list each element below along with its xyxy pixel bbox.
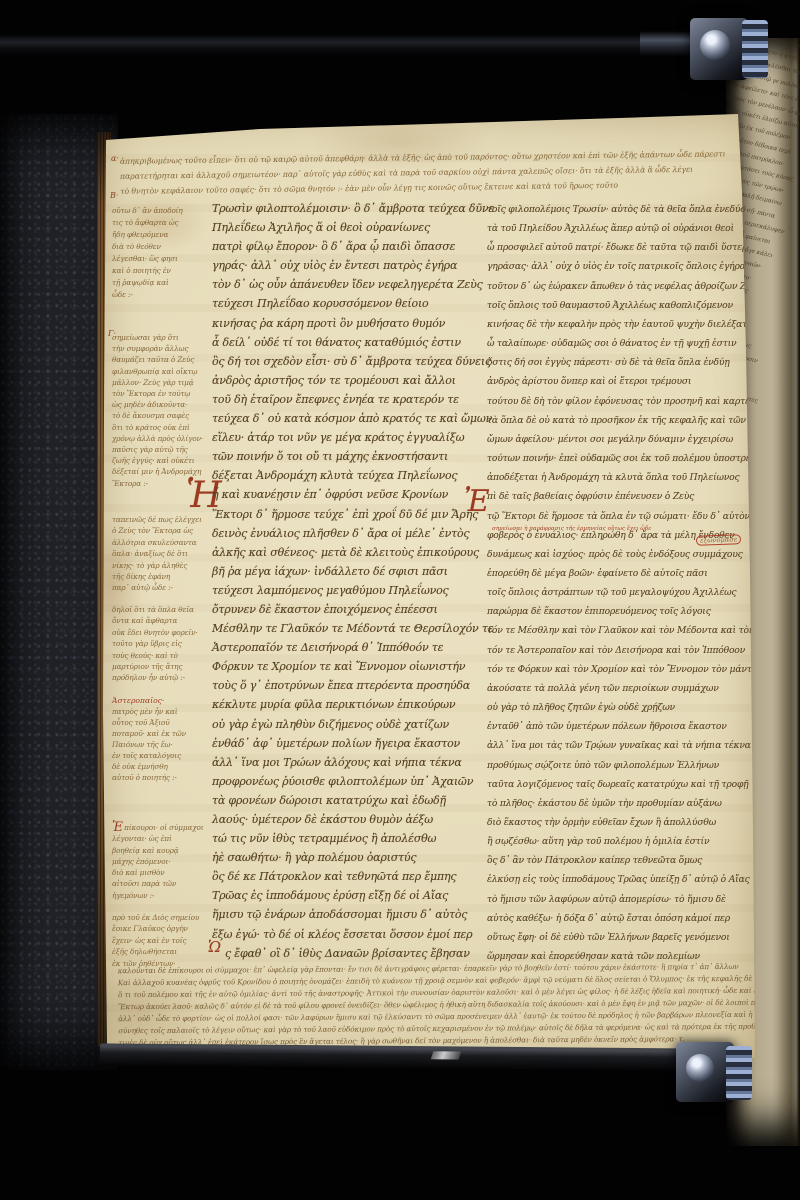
paraphrase-column: τοῖς φιλοπολέμοις Τρωσίν· αὐτὸς δὲ τὰ θε… [487, 200, 745, 966]
text-line: τὴν συμφορὰν ἄλλως [112, 343, 208, 354]
text-line: ἀλκῆς καὶ σθένεος· μετὰ δὲ κλειτοὺς ἐπικ… [212, 543, 466, 562]
margin-scholion-asteropaios: Ἀστεροπαῖος· πατρὸς μὲν ἦν καὶοὗτος τοῦ … [112, 695, 208, 783]
text-line: ἀκούσατε τὰ πολλὰ γένη τῶν περιοίκων συμ… [487, 679, 745, 698]
text-line: ἐνθάδ᾽ ἀφ᾽ ὑμετέρων πολίων ἤγειρα ἕκαστο… [212, 734, 466, 753]
text-line: ἠὲ σαωθήτω· ἣ γὰρ πολέμου ὀαριστύς [212, 848, 466, 867]
text-line: διὸ καὶ μισθὸν [112, 867, 208, 878]
text-line: δὲ οὐκ ἐμνήσθη [112, 761, 208, 772]
text-line: ὡς μηδὲν ἀδικοῦντα· [112, 399, 208, 410]
text-line: τις τὸ ἄφθαρτα ὡς [112, 217, 208, 229]
text-line: ὧδε :- [112, 289, 208, 301]
text-line: ἑλκύσῃ εἰς τοὺς ἱπποδάμους Τρῶας ὑπείξῃ … [487, 870, 745, 889]
bottom-scholia: καλοῦνται δὲ ἐπίκουροι οἱ σύμμαχοι· ἐπ᾽ … [118, 961, 753, 1049]
text-line: παρ᾽ αὐτῷ ὧδε :- [112, 582, 208, 593]
text-line: ἦ καὶ κυανέῃσιν ἐπ᾽ ὀφρύσι νεῦσε Κρονίων [212, 485, 466, 504]
text-line: διὸ ἕκαστος τὴν ὁρμὴν εὐθεῖαν ἔχων ἢ ἀπο… [487, 813, 745, 832]
text-line: τοῦτο γὰρ ὕβρις εἰς [112, 638, 208, 649]
text-line: βῆ ῥα μέγα ἰάχων· ἰνδάλλετο δέ σφισι πᾶσ… [212, 562, 466, 581]
text-line: ἐν τοῖς καταλόγοις [112, 750, 208, 761]
text-line: δεινὸς ἐνυάλιος πλῆσθεν δ᾽ ἄρα οἱ μέλε᾽ … [212, 524, 466, 543]
text-line: ὁ Ζεὺς τὸν Ἕκτορα ὡς [112, 525, 208, 536]
text-line: ἐνταῦθ᾽ ἀπὸ τῶν ὑμετέρων πόλεων ἤθροισα … [487, 717, 745, 736]
text-line: τοῖς φιλοπολέμοις Τρωσίν· αὐτὸς δὲ τὰ θε… [487, 200, 745, 219]
text-line: τόν τε Μέσθλην καὶ τὸν Γλαῦκον καὶ τὸν Μ… [487, 621, 745, 640]
text-line: παρώρμα δὲ ἕκαστον ἐπιπορευόμενος τοῖς λ… [487, 602, 745, 621]
text-line: ἢ σῳζέσθω· αὕτη γὰρ τοῦ πολέμου ἡ ὁμιλία… [487, 832, 745, 851]
margin-scholion-4: δηλοῖ ὅτι τὰ ὅπλα θεῖαὄντα καὶ ἄφθαρταοὐ… [112, 604, 208, 684]
text-line: τῷ Ἕκτορι δὲ ἥρμοσε τὰ ὅπλα ἐν τῷ σώματι… [487, 507, 745, 526]
margin-scholion-3: ταπεινῶς δέ πως ἐλέγχειὁ Ζεὺς τὸν Ἕκτορα… [112, 514, 208, 594]
text-line: ζωῆς ἐγγύς· καὶ οὐκέτι [112, 455, 208, 466]
text-line: ὃς δή τοι σχεδὸν εἶσι· σὺ δ᾽ ἄμβροτα τεύ… [212, 352, 466, 371]
text-line: εἵλευ· ἀτάρ τοι νῦν γε μέγα κράτος ἐγγυα… [212, 428, 466, 447]
text-line: Φόρκυν τε Χρομίον τε καὶ Ἔννομον οἰωνιστ… [212, 657, 466, 676]
text-line: ἀλλ᾽ ἵνα μοι τὰς τῶν Τρῴων γυναῖκας καὶ … [487, 736, 745, 755]
text-line: μάχης ἑπόμενοι· [112, 856, 208, 867]
margin-scholion-7: πρὸ τοῦ ἐκ Διὸς σημείουἔοικε Γλαῦκος ὀργ… [112, 912, 208, 969]
clamp-knob [700, 30, 730, 60]
text-line: Παιόνων τῆς ἕω· [112, 739, 208, 750]
text-line: ς ἔφαθ᾽ οἳ δ᾽ ἰθὺς Δαναῶν βρίσαντες ἔβησ… [212, 944, 466, 963]
verse-column: Τρωσὶν φιλοπτολέμοισιν· ὃ δ᾽ ἄμβροτα τεύ… [212, 199, 466, 963]
text-line: πρόδηλον ἦν αὐτῷ :- [112, 672, 208, 683]
text-line: πατρὸς μὲν ἦν καὶ [112, 706, 208, 717]
text-line: οὐ γὰρ τὸ πλῆθος ζητῶν ἐγὼ οὐδὲ χρῄζων [487, 698, 745, 717]
text-line: τὸ δὲ ἄκουσμα σαφὲς [112, 410, 208, 421]
margin-scholion-6-text: πίκουροι· οἱ σύμμαχοιλέγονται· ὡς ἐπὶβοη… [112, 822, 208, 901]
text-line: προθύμως σῴζοιτε ὑπὸ τῶν φιλοπολέμων Ἑλλ… [487, 756, 745, 775]
cradle-bar-top [0, 34, 700, 56]
text-line: Πηλεΐδεω Ἀχιλῆος ἅ οἱ θεοὶ οὐρανίωνες [212, 218, 466, 237]
margin-scholion-epikouroi: Ἐ πίκουροι· οἱ σύμμαχοιλέγονται· ὡς ἐπὶβ… [112, 822, 208, 901]
text-line: δέξεται Ἀνδρομάχη κλυτὰ τεύχεα Πηλεΐωνος [212, 466, 466, 485]
text-line: οὐκ ἔδει θνητὸν φορεῖν· [112, 627, 208, 638]
text-line: τὸν δ᾽ ὡς οὖν ἀπάνευθεν ἴδεν νεφεληγερέτ… [212, 275, 466, 294]
text-line: διὰ τὸ θεόθεν [112, 241, 208, 253]
clamp-hinge-ribs [726, 1046, 752, 1100]
text-line: μαρτύριον τῆς ἄτης [112, 661, 208, 672]
margin-scholion-5-text: πατρὸς μὲν ἦν καὶοὗτος τοῦ Ἀξιοῦποταμοῦ·… [112, 706, 208, 783]
text-line: τοὺς θεούς· καὶ τὸ [112, 650, 208, 661]
text-line: τὸ πλῆθος· ἑκάστου δὲ ὑμῶν τὴν προθυμίαν… [487, 794, 745, 813]
text-line: βοηθείᾳ καὶ κουρᾷ [112, 845, 208, 856]
text-line: οὕτω δ᾽ ἂν ἀποδοίη [112, 205, 208, 217]
text-line: ἥμισυ τῷ ἐνάρων ἀποδάσσομαι ἥμισυ δ᾽ αὐτ… [212, 905, 466, 924]
margin-label-beta: Β· [110, 191, 118, 200]
text-line: τοῖς ὅπλοις τοῦ θαυμαστοῦ Ἀχιλλέως καθοπ… [487, 296, 745, 315]
text-line: τόν τε Φόρκυν καὶ τὸν Χρομίον καὶ τὸν Ἔν… [487, 660, 745, 679]
text-line: ἤδη φθειρόμενα [112, 229, 208, 241]
text-line: λέγονται· ὡς ἐπὶ [112, 833, 208, 844]
top-scholia: ἀπηκριβωμένως τοῦτο εἶπεν· ὅτι οὐ τῷ και… [120, 146, 746, 199]
photographed-manuscript-scene: δούρατα ἀνατείναντες ὁμόσε πάντεςπᾶσι γὰ… [0, 0, 800, 1200]
text-line: τούτων ποινήν· ἐπεὶ οὐδαμῶς σοι ἐκ τοῦ π… [487, 449, 745, 468]
text-line: τόν τε Ἀστεροπαῖον καὶ τὸν Δεισήνορα καὶ… [487, 641, 745, 660]
text-line: ὃς δέ κε Πάτροκλον καὶ τεθνηῶτά περ ἔμπη… [212, 867, 466, 886]
text-line: τεύχεσι λαμπόμενος μεγαθύμου Πηλεΐωνος [212, 581, 466, 600]
text-line: ὦ ταλαίπωρε· οὐδαμῶς σοι ὁ θάνατος ἐν τῇ… [487, 334, 745, 353]
text-line: Τρῶας ἐς ἱπποδάμους ἐρύσῃ εἴξῃ δέ οἱ Αἴα… [212, 886, 466, 905]
text-line: λαούς· ὑμέτερον δὲ ἑκάστου θυμὸν ἀέξω [212, 810, 466, 829]
text-line: πατρὶ φίλῳ ἔπορον· ὃ δ᾽ ἄρα ᾧ παιδὶ ὄπασ… [212, 237, 466, 256]
text-line: τῆς δίκης ἐφάνη [112, 571, 208, 582]
text-line: πίκουροι· οἱ σύμμαχοι [112, 822, 208, 833]
text-line: αὐτὸς καθέξω· ἡ δόξα δ᾽ αὐτῷ ἔσται ὁπόση… [487, 909, 745, 928]
text-line: ὅτι τὸ κράτος οὐκ ἐπὶ [112, 422, 208, 433]
text-line: ὄντα καὶ ἄφθαρτα [112, 615, 208, 626]
text-line: ποταμοῦ· καὶ ἐκ τῶν [112, 728, 208, 739]
text-line: αὐτοῦ ὁ ποιητής :- [112, 772, 208, 783]
text-line: μᾶλλον· Ζεὺς γὰρ τιμᾷ [112, 377, 208, 388]
text-line: τοὺς ὅ γ᾽ ἐποτρύνων ἔπεα πτερόεντα προση… [212, 676, 466, 695]
text-line: καὶ ὁ ποιητὴς ἐν [112, 265, 208, 277]
text-line: τὰ φρονέων δώροισι κατατρύχω καὶ ἐδωδῇ [212, 791, 466, 810]
text-line: τοῖς ὅπλοις ἀστράπτων τῷ τοῦ μεγαλοψύχου… [487, 583, 745, 602]
text-line: τὸ ἥμισυ τῶν λαφύρων αὐτῷ ἀπομερίσω· τὸ … [487, 890, 745, 909]
clamp-hinge-ribs [742, 20, 768, 78]
text-line: Τρωσὶν φιλοπτολέμοισιν· ὃ δ᾽ ἄμβροτα τεύ… [212, 199, 466, 218]
text-line: κέκλυτε μυρία φῦλα περικτιόνων ἐπικούρων [212, 695, 466, 714]
text-line: ὄτρυνεν δὲ ἕκαστον ἐποιχόμενος ἐπέεσσι [212, 600, 466, 619]
cradle-bar-bottom [100, 1043, 712, 1070]
text-line: νίκης· τὸ γὰρ ἀληθὲς [112, 560, 208, 571]
text-line: τῇ ῥαψῳδίᾳ καὶ [112, 277, 208, 289]
text-line: ἔοικε Γλαῦκος ὀργὴν [112, 923, 208, 934]
text-line: ἀποδέξεται ἡ Ἀνδρομάχη τὰ κλυτὰ ὅπλα τοῦ… [487, 468, 745, 487]
text-line: ἀλλ᾽ ἵνα μοι Τρώων ἀλόχους καὶ νήπια τέκ… [212, 753, 466, 772]
text-line: ἐπορεύθη δὲ μέγα βοῶν· ἐφαίνετο δὲ αὐτοῖ… [487, 564, 745, 583]
manuscript-page: ἀπηκριβωμένως τοῦτο εἶπεν· ὅτι οὐ τῷ και… [100, 112, 758, 1070]
text-line: ἆ δείλ᾽ οὐδέ τί τοι θάνατος καταθύμιός ἐ… [212, 333, 466, 352]
metal-glint [431, 1051, 462, 1059]
text-line: πὶ δὲ ταῖς βαθείαις ὀφρύσιν ἐπένευσεν ὁ … [487, 487, 745, 506]
text-line: πρὸ τοῦ ἐκ Διὸς σημείου [112, 912, 208, 923]
text-line: φιλανθρωπίᾳ καὶ οἴκτῳ [112, 366, 208, 377]
text-line: αἰτοῦσι παρὰ τῶν [112, 878, 208, 889]
text-line: προφρονέως ῥύοισθε φιλοπτολέμων ὑπ᾽ Ἀχαι… [212, 772, 466, 791]
margin-label-alpha: α· [111, 154, 119, 163]
clamp-knob [686, 1054, 714, 1082]
text-line: τεύχεα δ᾽ οὐ κατὰ κόσμον ἀπὸ κρατός τε κ… [212, 409, 466, 428]
text-line: κινήσας δὲ τὴν κεφαλὴν πρὸς τὴν ἑαυτοῦ ψ… [487, 315, 745, 334]
text-line: γηράς· ἀλλ᾽ οὐχ υἱὸς ἐν ἔντεσι πατρὸς ἐγ… [212, 256, 466, 275]
text-line: ὅπλα· ἀναξίως δὲ ὅτι [112, 548, 208, 559]
text-line: τὰ τοῦ Πηλείδου Ἀχιλλέως ἅπερ αὐτῷ οἱ οὐ… [487, 219, 745, 238]
text-line: ὤμων ἀφείλου· μέντοι σοι μεγάλην δύναμιν… [487, 430, 745, 449]
text-line: ὃς δ᾽ ἂν τὸν Πάτροκλον καίπερ τεθνεῶτα ὅ… [487, 851, 745, 870]
red-circled-word: ἐξωνόμασε [696, 534, 742, 546]
text-line: τὰ ὅπλα δὲ οὐ κατὰ τὸ προσῆκον ἐκ τῆς κε… [487, 411, 745, 430]
text-line: οὗτος τοῦ Ἀξιοῦ [112, 717, 208, 728]
margin-scholion-2: σημείωσαι γὰρ ὅτιτὴν συμφορὰν ἄλλωςθαυμά… [112, 332, 208, 489]
text-line: οὕτως ἔφη· οἱ δὲ εὐθὺ τῶν Ἑλλήνων βαρεῖς… [487, 928, 745, 947]
text-line: λέγεσθαι· ὥς φησι [112, 253, 208, 265]
text-line: γηράσας· ἀλλ᾽ οὐχ ὁ υἱὸς ἐν τοῖς πατρικο… [487, 257, 745, 276]
text-line: ἀνδρὸς ἀρίστου ὅνπερ καὶ οἱ ἕτεροι τρέμο… [487, 372, 745, 391]
text-line: οὐ γὰρ ἐγὼ πληθὺν διζήμενος οὐδὲ χατίζων [212, 715, 466, 734]
text-line: ἡγεμόνων :- [112, 890, 208, 901]
text-line: ἀλλότρια σκυλεύσαντα [112, 537, 208, 548]
text-line: δηλοῖ ὅτι τὰ ὅπλα θεῖα [112, 604, 208, 615]
text-line: ὦ προσφιλεῖ αὐτοῦ πατρί· ἔδωκε δὲ ταῦτα … [487, 238, 745, 257]
red-interlinear-gloss: σημείωσαι ἡ παράφρασις τῆς ἑρμηνείας οὕτ… [492, 526, 651, 532]
text-line: ἔχειν· ὡς καὶ ἐν τοῖς [112, 935, 208, 946]
text-line: ὅστις δή σοι ἐγγὺς πάρεστι· σὺ δὲ τὰ θεῖ… [487, 353, 745, 372]
text-line: τὸν Ἕκτορα ἐν τούτῳ [112, 388, 208, 399]
margin-scholion-1: οὕτω δ᾽ ἂν ἀποδοίητις τὸ ἄφθαρτα ὡςἤδη φ… [112, 205, 208, 301]
text-line: τοῦτον δ᾽ ὡς ἑώρακεν ἄπωθεν ὁ τὰς νεφέλα… [487, 277, 745, 296]
text-line: Ἕκτορι δ᾽ ἥρμοσε τεύχε᾽ ἐπὶ χροΐ δῦ δέ μ… [212, 505, 466, 524]
text-line: Μέσθλην τε Γλαῦκόν τε Μέδοντά τε Θερσίλο… [212, 619, 466, 638]
red-lemma: Ἀστεροπαῖος· [112, 695, 208, 706]
text-line: τώ τις νῦν ἰθὺς τετραμμένος ἢ ἀπολέσθω [212, 829, 466, 848]
text-line: ταῦτα λογιζόμενος ταῖς δωρεαῖς κατατρύχω… [487, 775, 745, 794]
text-line: δυνάμεως καὶ ἰσχύος· πρὸς δὲ τοὺς ἐνδόξο… [487, 545, 745, 564]
text-line: ἕξω ἐγώ· τὸ δέ οἱ κλέος ἔσσεται ὅσσον ἐμ… [212, 925, 466, 944]
text-line: χρόνῳ ἀλλὰ πρὸς ὀλίγον· [112, 433, 208, 444]
text-line: ἑξῆς δηλωθήσεται [112, 946, 208, 957]
text-line: Ἀστεροπαῖόν τε Δεισήνορά θ᾽ Ἱππόθοόν τε [212, 638, 466, 657]
text-line: θαυμάζει ταῦτα ὁ Ζεὺς [112, 354, 208, 365]
text-line: σημείωσαι γὰρ ὅτι [112, 332, 208, 343]
text-line: τοῦ δὴ ἑταῖρον ἔπεφνες ἐνηέα τε κρατερόν… [212, 390, 466, 409]
text-line: ἀνδρὸς ἀριστῆος τόν τε τρομέουσι καὶ ἄλλ… [212, 371, 466, 390]
text-line: τούτου δὲ δὴ τὸν φίλον ἐφόνευσας τὸν προ… [487, 392, 745, 411]
text-line: τῶν ποινήν ὅ τοι οὔ τι μάχης ἐκνοστήσαντ… [212, 447, 466, 466]
text-line: παῦσις γὰρ αὐτῷ τῆς [112, 444, 208, 455]
text-line: τεύχεσι Πηλεΐδαο κορυσσόμενον θείοιο [212, 294, 466, 313]
text-line: κινήσας ῥα κάρη προτὶ ὃν μυθήσατο θυμόν [212, 314, 466, 333]
